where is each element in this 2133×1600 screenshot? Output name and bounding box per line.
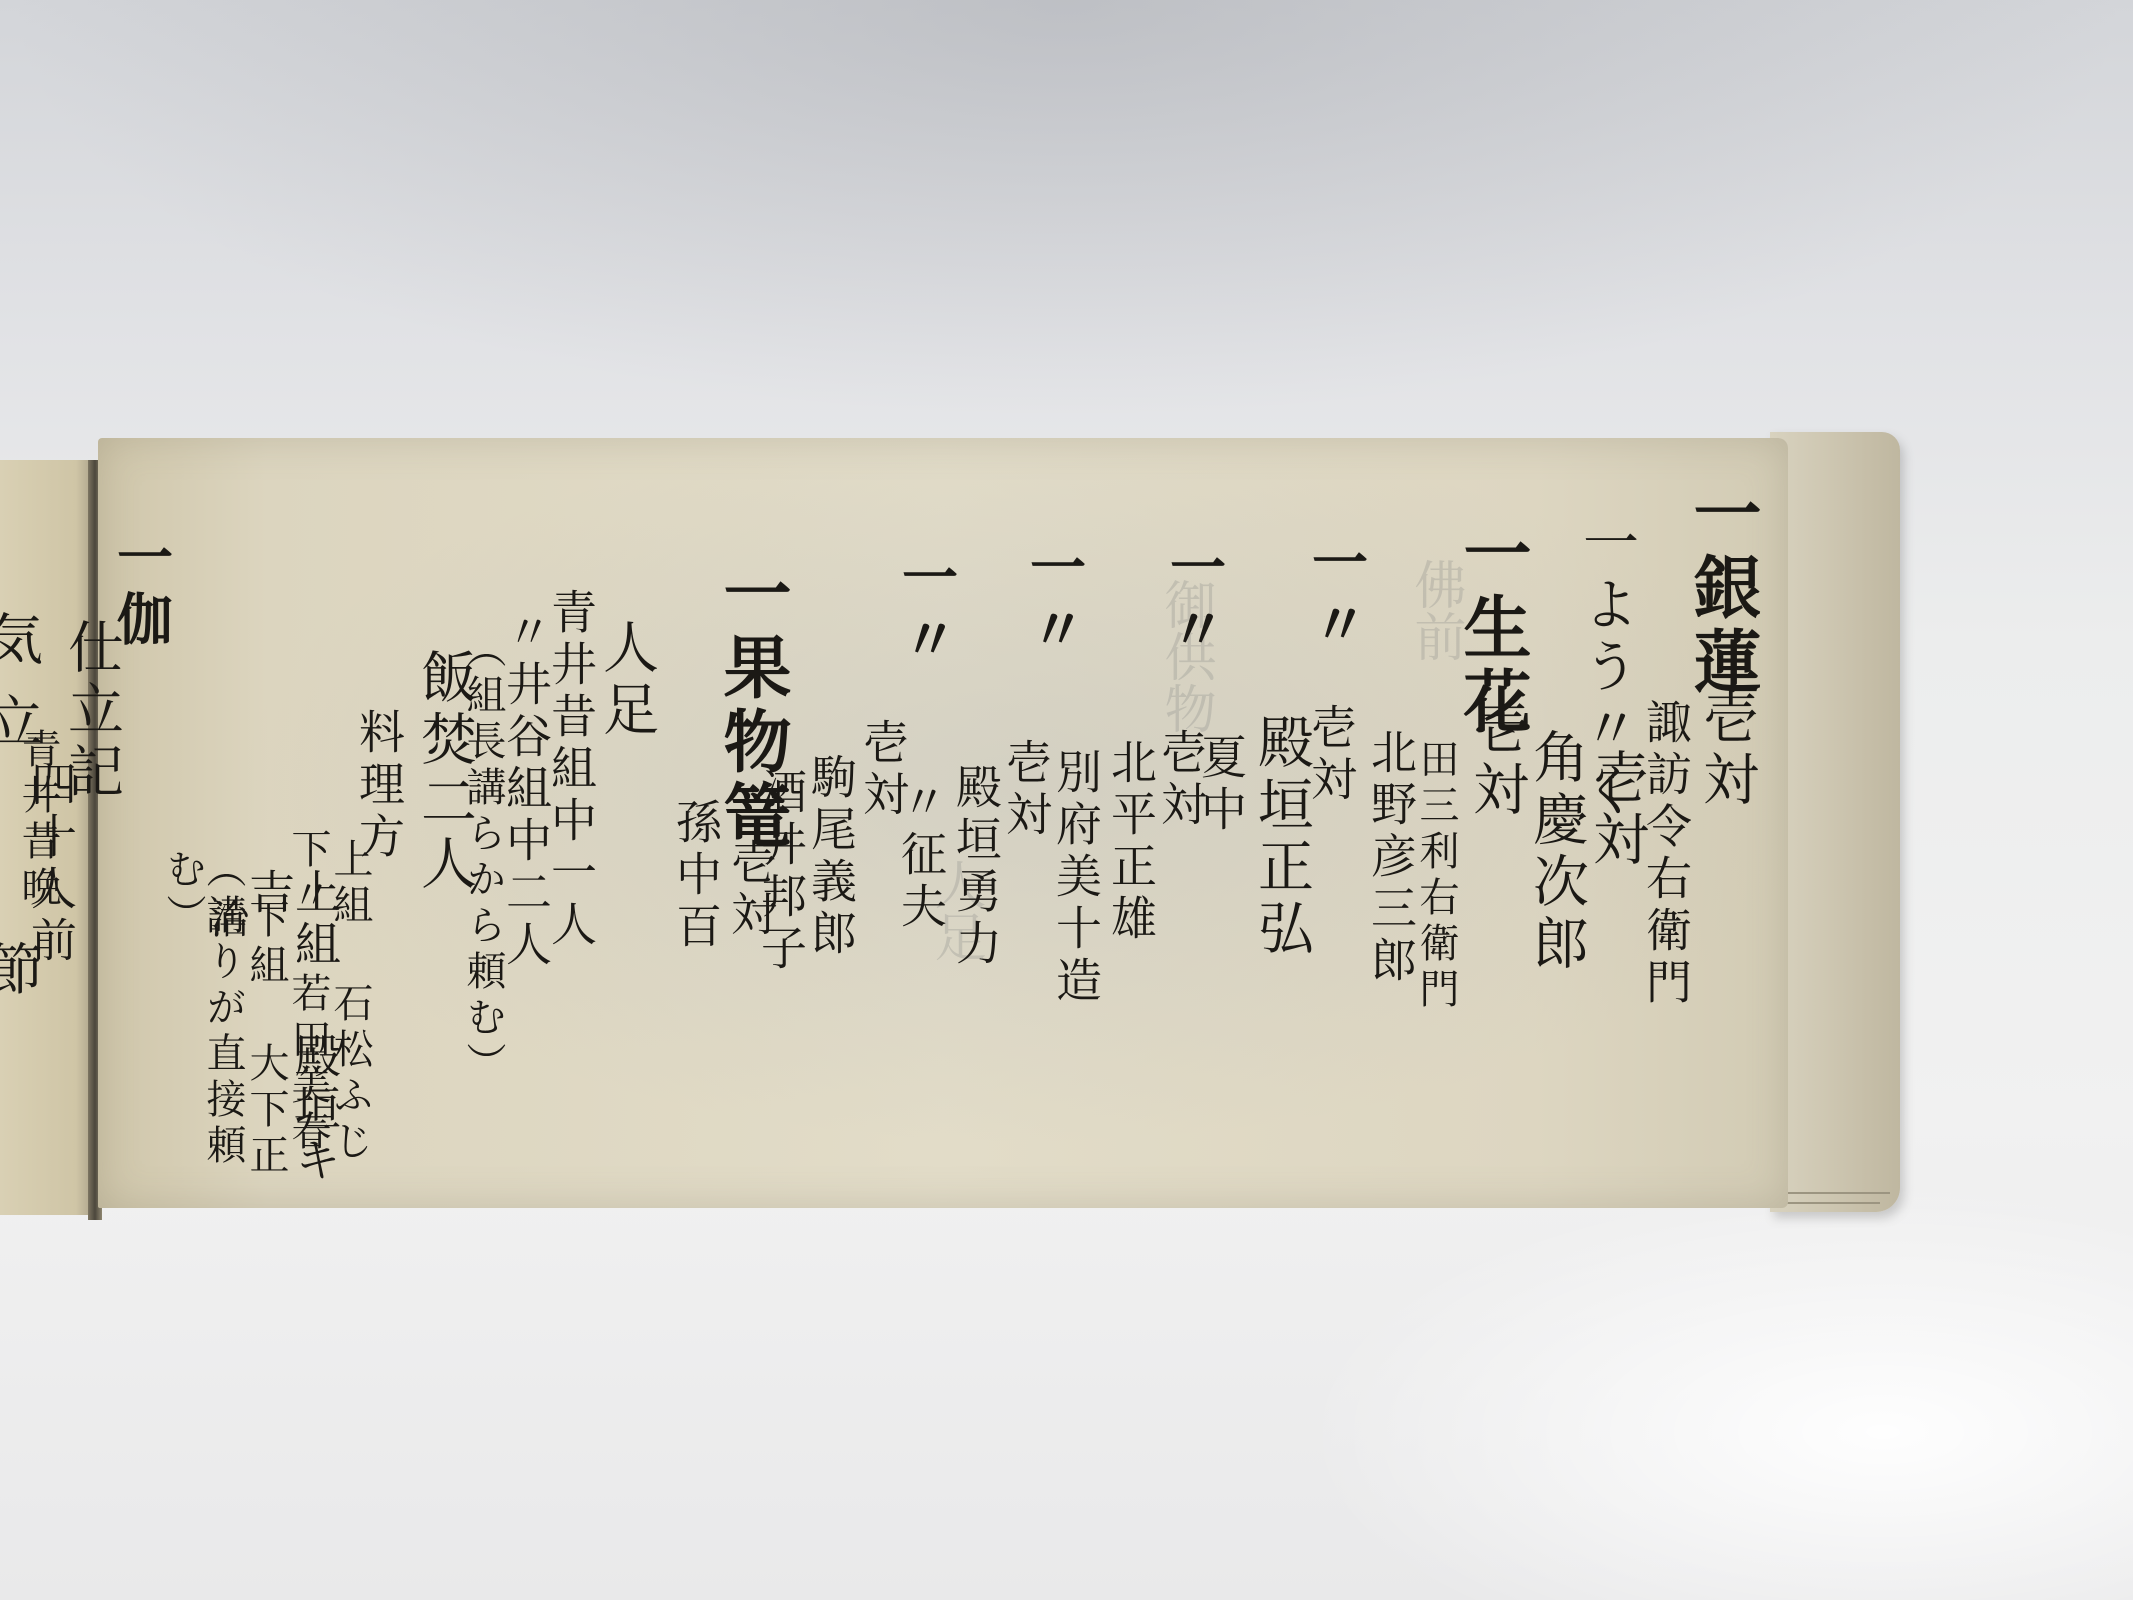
entry-head: 一銀蓮: [1688, 478, 1756, 700]
ninsoku-line: 飯焚二人: [416, 648, 472, 896]
entry-qty: 壱対: [1588, 748, 1644, 872]
page-stack-edge: [1770, 432, 1900, 1212]
entry-qty: 壱対: [1308, 703, 1354, 807]
entry-name: 田三利右衛門: [1416, 738, 1456, 1014]
entry-name: 殿垣勇力: [953, 763, 999, 971]
entry-name: 諏訪令右衛門: [1643, 698, 1689, 1010]
final-entry-name: 青井昔晩: [18, 728, 58, 912]
entry-head: 一果物篭: [718, 558, 786, 854]
entry-qty: 壱対: [860, 718, 906, 822]
ryori-note: （講りが直接頼む）: [163, 848, 243, 1208]
entry-head: 一〃: [1308, 533, 1364, 657]
entry-head: 一〃: [1026, 538, 1082, 662]
entry-name: 北平正雄: [1108, 738, 1154, 946]
entry-name-2: 北野彦三郎: [1368, 728, 1414, 988]
entry-qty: 壱対: [728, 838, 774, 942]
background-shadow: [0, 0, 2133, 420]
entry-name: 殿垣正弘: [1253, 713, 1309, 961]
page-edge-line: [1770, 1192, 1890, 1194]
ninsoku-line: 青井昔組中一人: [548, 588, 594, 952]
entry-qty: 壱対: [1698, 688, 1754, 812]
section-title-ninsoku: 人足: [598, 618, 654, 742]
entry-qty: 壱対: [1158, 728, 1204, 832]
table-highlight: [1300, 1180, 2133, 1600]
entry-name: 駒尾義郎: [808, 753, 854, 961]
entry-head: 一〃: [898, 548, 954, 672]
entry-qty: 壱対: [1468, 698, 1524, 822]
final-entry-title: 仕立記: [63, 618, 119, 804]
entry-name-2: 別府美十造: [1053, 748, 1099, 1008]
right-page: 御供物 佛前 人足 一銀蓮 壱対 諏訪令右衛門 一よう〃く 壱対 角慶次郎 一生…: [98, 438, 1788, 1208]
entry-name: 角慶次郎: [1528, 728, 1584, 976]
ninsoku-line: 〃井谷組中二人: [503, 608, 549, 972]
left-page-fragment: 気: [0, 610, 38, 672]
entry-head: 一〃: [1166, 538, 1222, 662]
booklet: 気 立 節 四十人前 御供物 佛前 人足 一銀蓮 壱対 諏訪令右衛門 一よう〃く…: [0, 430, 1880, 1230]
entry-qty: 壱対: [1003, 738, 1049, 842]
entry-name: 孫中百: [673, 798, 719, 954]
